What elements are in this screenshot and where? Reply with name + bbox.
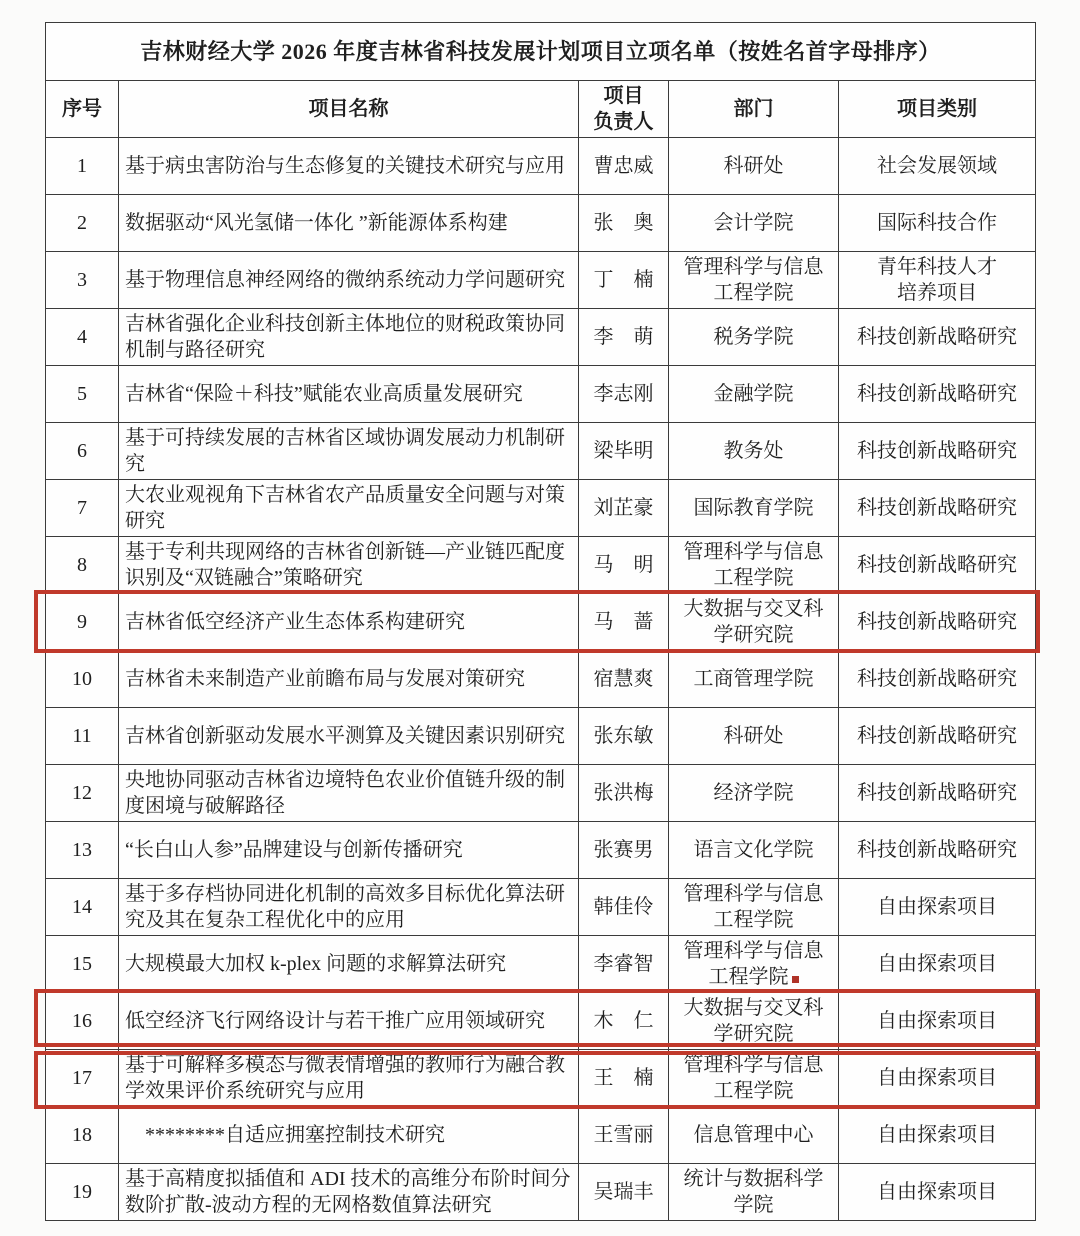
cell-department: 管理科学与信息 工程学院 [669, 879, 839, 936]
cell-category: 科技创新战略研究 [839, 594, 1036, 651]
table-row: 11吉林省创新驱动发展水平测算及关键因素识别研究张东敏科研处科技创新战略研究 [46, 708, 1036, 765]
table-body: 吉林财经大学 2026 年度吉林省科技发展计划项目立项名单（按姓名首字母排序） … [46, 23, 1036, 1221]
department-text: 工商管理学院 [694, 668, 814, 690]
cell-department: 国际教育学院 [669, 480, 839, 537]
department-text: 统计与数据科学 学院 [684, 1168, 824, 1216]
header-leader: 项目 负责人 [579, 81, 669, 138]
department-text: 语言文化学院 [694, 839, 814, 861]
department-text: 管理科学与信息 工程学院 [684, 256, 824, 304]
department-text: 税务学院 [714, 326, 794, 348]
cell-project-name: 吉林省低空经济产业生态体系构建研究 [119, 594, 579, 651]
cell-leader: 曹忠威 [579, 138, 669, 195]
cell-project-name: 央地协同驱动吉林省边境特色农业价值链升级的制度困境与破解路径 [119, 765, 579, 822]
cell-category: 科技创新战略研究 [839, 423, 1036, 480]
table-row: 3基于物理信息神经网络的微纳系统动力学问题研究丁 楠管理科学与信息 工程学院青年… [46, 252, 1036, 309]
cell-department: 管理科学与信息 工程学院 [669, 537, 839, 594]
table-row: 1基于病虫害防治与生态修复的关键技术研究与应用曹忠威科研处社会发展领域 [46, 138, 1036, 195]
table-row: 17基于可解释多模态与微表情增强的教师行为融合教学效果评价系统研究与应用王 楠管… [46, 1050, 1036, 1107]
table-row: 15大规模最大加权 k-plex 问题的求解算法研究李睿智管理科学与信息 工程学… [46, 936, 1036, 993]
cell-category: 科技创新战略研究 [839, 765, 1036, 822]
cell-department: 语言文化学院 [669, 822, 839, 879]
cell-leader: 马 明 [579, 537, 669, 594]
cell-serial: 4 [46, 309, 119, 366]
cell-serial: 10 [46, 651, 119, 708]
cell-leader: 王 楠 [579, 1050, 669, 1107]
header-serial: 序号 [46, 81, 119, 138]
header-row: 序号 项目名称 项目 负责人 部门 项目类别 [46, 81, 1036, 138]
cell-project-name: 数据驱动“风光氢储一体化 ”新能源体系构建 [119, 195, 579, 252]
cell-serial: 17 [46, 1050, 119, 1107]
cell-project-name: 吉林省“保险＋科技”赋能农业高质量发展研究 [119, 366, 579, 423]
document-page: 吉林财经大学 2026 年度吉林省科技发展计划项目立项名单（按姓名首字母排序） … [0, 0, 1080, 1236]
table-row: 18 ********自适应拥塞控制技术研究王雪丽信息管理中心自由探索项目 [46, 1107, 1036, 1164]
cell-serial: 7 [46, 480, 119, 537]
table-row: 13“长白山人参”品牌建设与创新传播研究张赛男语言文化学院科技创新战略研究 [46, 822, 1036, 879]
cell-category: 自由探索项目 [839, 1107, 1036, 1164]
cell-department: 科研处 [669, 138, 839, 195]
cell-department: 大数据与交叉科 学研究院 [669, 594, 839, 651]
cell-department: 科研处 [669, 708, 839, 765]
cell-leader: 李睿智 [579, 936, 669, 993]
table-row: 16低空经济飞行网络设计与若干推广应用领域研究木 仁大数据与交叉科 学研究院自由… [46, 993, 1036, 1050]
cell-leader: 韩佳伶 [579, 879, 669, 936]
cell-project-name: 吉林省创新驱动发展水平测算及关键因素识别研究 [119, 708, 579, 765]
cell-leader: 丁 楠 [579, 252, 669, 309]
cell-category: 科技创新战略研究 [839, 537, 1036, 594]
header-category: 项目类别 [839, 81, 1036, 138]
cell-project-name: ********自适应拥塞控制技术研究 [119, 1107, 579, 1164]
cell-serial: 14 [46, 879, 119, 936]
cell-serial: 2 [46, 195, 119, 252]
cell-department: 信息管理中心 [669, 1107, 839, 1164]
cell-serial: 1 [46, 138, 119, 195]
cell-department: 管理科学与信息 工程学院 [669, 1050, 839, 1107]
cell-project-name: 基于专利共现网络的吉林省创新链—产业链匹配度识别及“双链融合”策略研究 [119, 537, 579, 594]
table-row: 10吉林省未来制造产业前瞻布局与发展对策研究宿慧爽工商管理学院科技创新战略研究 [46, 651, 1036, 708]
department-text: 经济学院 [714, 782, 794, 804]
title-row: 吉林财经大学 2026 年度吉林省科技发展计划项目立项名单（按姓名首字母排序） [46, 23, 1036, 81]
cell-project-name: 低空经济飞行网络设计与若干推广应用领域研究 [119, 993, 579, 1050]
cell-department: 工商管理学院 [669, 651, 839, 708]
department-text: 管理科学与信息 工程学院 [684, 940, 824, 988]
department-text: 国际教育学院 [694, 497, 814, 519]
cell-project-name: 大农业观视角下吉林省农产品质量安全问题与对策研究 [119, 480, 579, 537]
cell-project-name: 吉林省未来制造产业前瞻布局与发展对策研究 [119, 651, 579, 708]
projects-table: 吉林财经大学 2026 年度吉林省科技发展计划项目立项名单（按姓名首字母排序） … [45, 22, 1036, 1221]
table-row: 8基于专利共现网络的吉林省创新链—产业链匹配度识别及“双链融合”策略研究马 明管… [46, 537, 1036, 594]
cell-category: 科技创新战略研究 [839, 822, 1036, 879]
department-text: 管理科学与信息 工程学院 [684, 883, 824, 931]
department-text: 教务处 [724, 440, 784, 462]
cell-category: 科技创新战略研究 [839, 651, 1036, 708]
cell-leader: 刘芷豪 [579, 480, 669, 537]
cell-category: 青年科技人才 培养项目 [839, 252, 1036, 309]
department-text: 科研处 [724, 155, 784, 177]
cell-category: 科技创新战略研究 [839, 309, 1036, 366]
cell-leader: 王雪丽 [579, 1107, 669, 1164]
cell-project-name: 吉林省强化企业科技创新主体地位的财税政策协同机制与路径研究 [119, 309, 579, 366]
table-row: 9吉林省低空经济产业生态体系构建研究马 蔷大数据与交叉科 学研究院科技创新战略研… [46, 594, 1036, 651]
cell-project-name: 基于物理信息神经网络的微纳系统动力学问题研究 [119, 252, 579, 309]
table-row: 2数据驱动“风光氢储一体化 ”新能源体系构建张 奥会计学院国际科技合作 [46, 195, 1036, 252]
cell-category: 自由探索项目 [839, 993, 1036, 1050]
cell-serial: 16 [46, 993, 119, 1050]
cell-serial: 12 [46, 765, 119, 822]
cell-department: 教务处 [669, 423, 839, 480]
cell-project-name: 基于病虫害防治与生态修复的关键技术研究与应用 [119, 138, 579, 195]
cell-category: 自由探索项目 [839, 936, 1036, 993]
table-row: 14基于多存档协同进化机制的高效多目标优化算法研究及其在复杂工程优化中的应用韩佳… [46, 879, 1036, 936]
cell-leader: 马 蔷 [579, 594, 669, 651]
cell-serial: 13 [46, 822, 119, 879]
table-row: 4吉林省强化企业科技创新主体地位的财税政策协同机制与路径研究李 萌税务学院科技创… [46, 309, 1036, 366]
table-row: 19基于高精度拟插值和 ADI 技术的高维分布阶时间分数阶扩散-波动方程的无网格… [46, 1164, 1036, 1221]
cell-category: 社会发展领域 [839, 138, 1036, 195]
cell-leader: 张东敏 [579, 708, 669, 765]
cell-category: 科技创新战略研究 [839, 480, 1036, 537]
cell-serial: 15 [46, 936, 119, 993]
cell-department: 大数据与交叉科 学研究院 [669, 993, 839, 1050]
header-project-name: 项目名称 [119, 81, 579, 138]
cell-leader: 梁毕明 [579, 423, 669, 480]
cell-category: 自由探索项目 [839, 1050, 1036, 1107]
cell-category: 科技创新战略研究 [839, 366, 1036, 423]
cell-serial: 19 [46, 1164, 119, 1221]
cell-serial: 8 [46, 537, 119, 594]
cell-project-name: 基于多存档协同进化机制的高效多目标优化算法研究及其在复杂工程优化中的应用 [119, 879, 579, 936]
cell-leader: 李 萌 [579, 309, 669, 366]
cell-category: 自由探索项目 [839, 879, 1036, 936]
cell-project-name: “长白山人参”品牌建设与创新传播研究 [119, 822, 579, 879]
cell-leader: 宿慧爽 [579, 651, 669, 708]
department-text: 金融学院 [714, 383, 794, 405]
cell-project-name: 基于可持续发展的吉林省区域协调发展动力机制研究 [119, 423, 579, 480]
department-text: 管理科学与信息 工程学院 [684, 541, 824, 589]
header-department: 部门 [669, 81, 839, 138]
cell-category: 科技创新战略研究 [839, 708, 1036, 765]
cell-serial: 5 [46, 366, 119, 423]
cell-serial: 9 [46, 594, 119, 651]
table-row: 12央地协同驱动吉林省边境特色农业价值链升级的制度困境与破解路径张洪梅经济学院科… [46, 765, 1036, 822]
cell-project-name: 基于高精度拟插值和 ADI 技术的高维分布阶时间分数阶扩散-波动方程的无网格数值… [119, 1164, 579, 1221]
cell-department: 统计与数据科学 学院 [669, 1164, 839, 1221]
table-row: 6基于可持续发展的吉林省区域协调发展动力机制研究梁毕明教务处科技创新战略研究 [46, 423, 1036, 480]
cell-leader: 吴瑞丰 [579, 1164, 669, 1221]
cell-serial: 11 [46, 708, 119, 765]
cell-serial: 3 [46, 252, 119, 309]
department-text: 大数据与交叉科 学研究院 [684, 997, 824, 1045]
red-dot-mark [792, 976, 799, 983]
cell-leader: 李志刚 [579, 366, 669, 423]
department-text: 大数据与交叉科 学研究院 [684, 598, 824, 646]
cell-leader: 张赛男 [579, 822, 669, 879]
cell-department: 金融学院 [669, 366, 839, 423]
cell-serial: 6 [46, 423, 119, 480]
cell-department: 税务学院 [669, 309, 839, 366]
department-text: 管理科学与信息 工程学院 [684, 1054, 824, 1102]
cell-project-name: 基于可解释多模态与微表情增强的教师行为融合教学效果评价系统研究与应用 [119, 1050, 579, 1107]
cell-department: 会计学院 [669, 195, 839, 252]
department-text: 科研处 [724, 725, 784, 747]
table-row: 5吉林省“保险＋科技”赋能农业高质量发展研究李志刚金融学院科技创新战略研究 [46, 366, 1036, 423]
cell-project-name: 大规模最大加权 k-plex 问题的求解算法研究 [119, 936, 579, 993]
cell-category: 自由探索项目 [839, 1164, 1036, 1221]
cell-leader: 木 仁 [579, 993, 669, 1050]
table-row: 7大农业观视角下吉林省农产品质量安全问题与对策研究刘芷豪国际教育学院科技创新战略… [46, 480, 1036, 537]
cell-leader: 张洪梅 [579, 765, 669, 822]
page-title: 吉林财经大学 2026 年度吉林省科技发展计划项目立项名单（按姓名首字母排序） [46, 23, 1036, 81]
document: 吉林财经大学 2026 年度吉林省科技发展计划项目立项名单（按姓名首字母排序） … [45, 22, 1035, 1221]
cell-department: 管理科学与信息 工程学院 [669, 252, 839, 309]
department-text: 信息管理中心 [694, 1124, 814, 1146]
department-text: 会计学院 [714, 212, 794, 234]
cell-department: 经济学院 [669, 765, 839, 822]
cell-department: 管理科学与信息 工程学院 [669, 936, 839, 993]
cell-leader: 张 奥 [579, 195, 669, 252]
cell-category: 国际科技合作 [839, 195, 1036, 252]
cell-serial: 18 [46, 1107, 119, 1164]
